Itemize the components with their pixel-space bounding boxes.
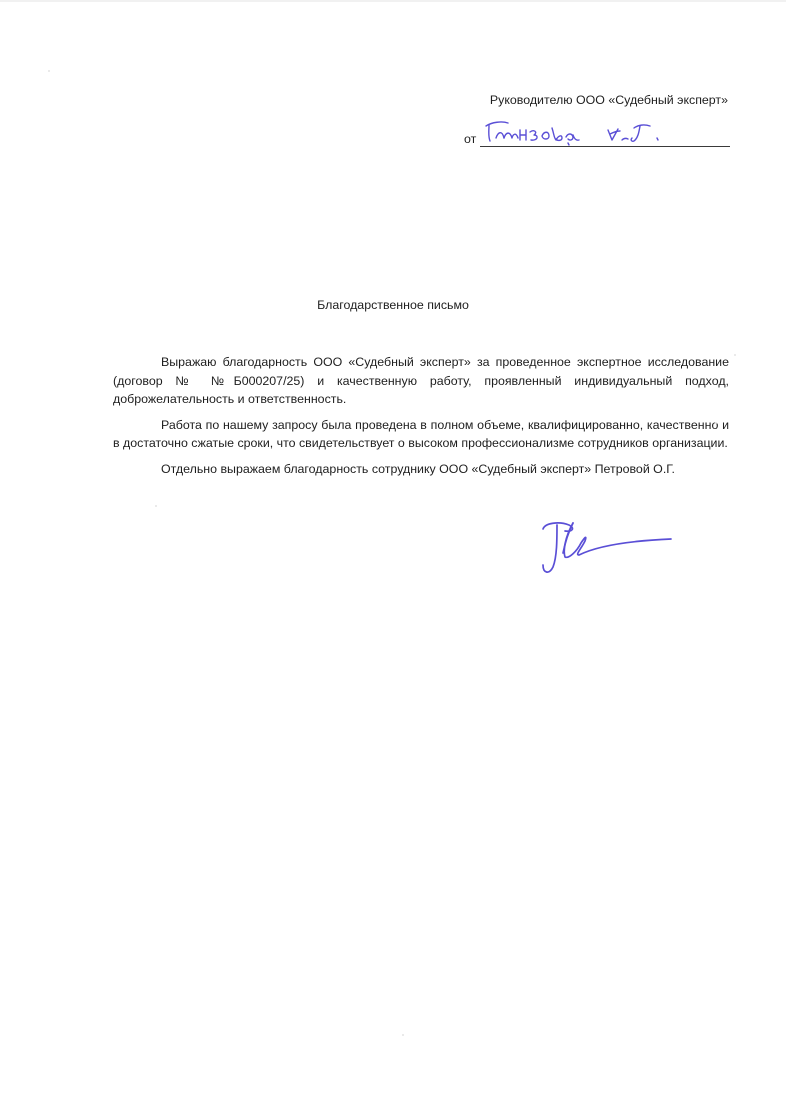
scan-speck — [715, 422, 717, 424]
letter-title: Благодарственное письмо — [0, 298, 786, 312]
scan-speck — [155, 505, 157, 507]
handwritten-signature-icon — [535, 517, 675, 582]
paragraph-employee-thanks: Отдельно выражаем благодарность сотрудни… — [113, 460, 729, 479]
scan-speck — [402, 1034, 404, 1036]
from-label: от — [464, 132, 476, 146]
from-field: от — [464, 120, 730, 150]
paragraph-work-quality: Работа по нашему запросу была проведена … — [113, 416, 729, 453]
handwritten-name-icon — [482, 116, 712, 146]
addressee-line: Руководителю ООО «Судебный эксперт» — [490, 93, 728, 107]
letter-page: Руководителю ООО «Судебный эксперт» от — [0, 0, 786, 1111]
paragraph-gratitude: Выражаю благодарность ООО «Судебный эксп… — [113, 353, 729, 409]
from-underline — [480, 146, 730, 147]
scan-speck — [48, 70, 50, 72]
scan-speck — [734, 354, 736, 356]
letter-body: Выражаю благодарность ООО «Судебный эксп… — [113, 353, 729, 486]
